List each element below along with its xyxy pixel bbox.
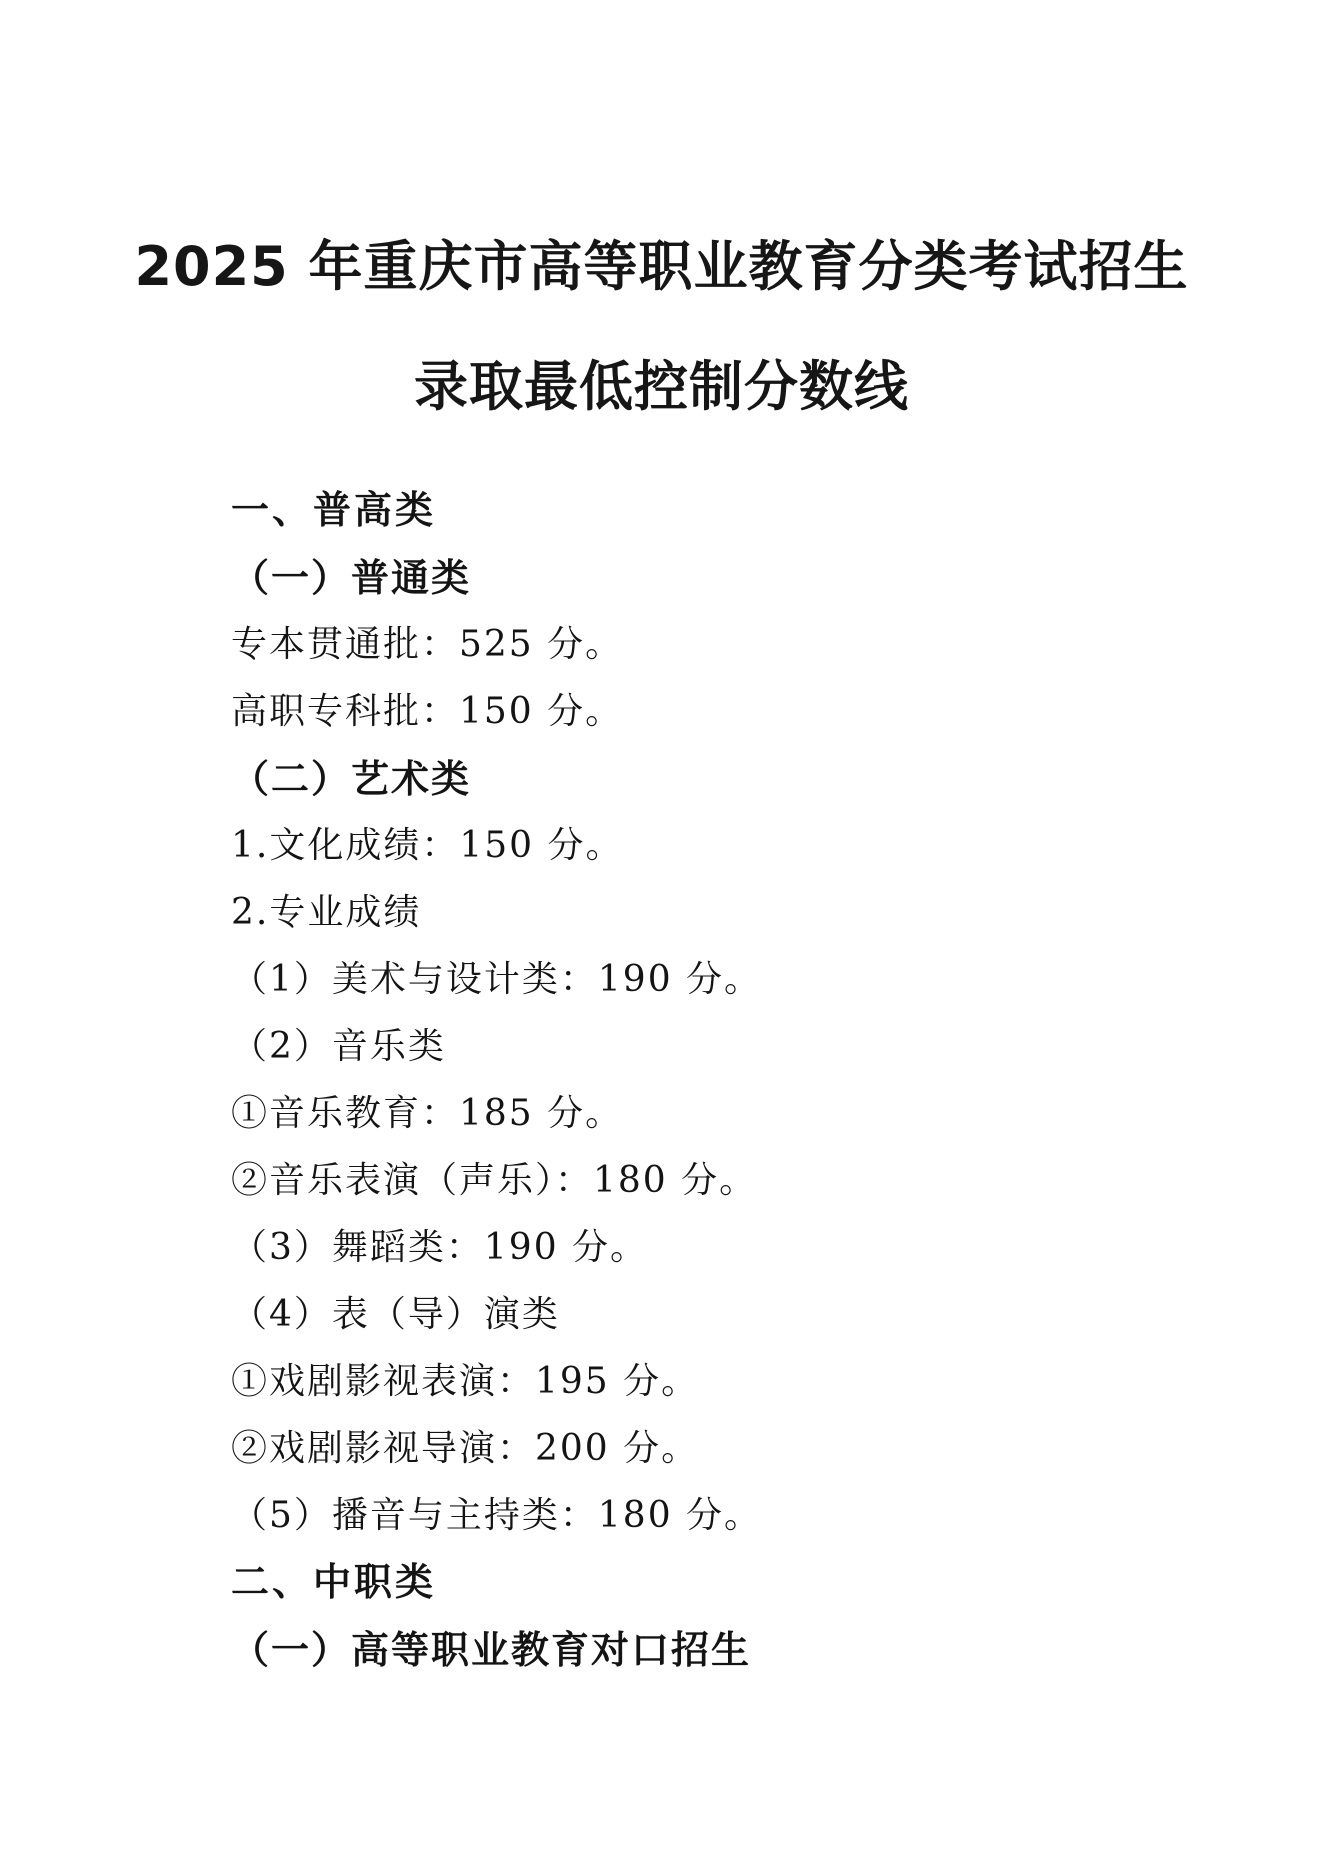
subheading-duikou-enrollment: （一）高等职业教育对口招生 [0, 1616, 1323, 1683]
document-page: 2025 年重庆市高等职业教育分类考试招生 录取最低控制分数线 一、普高类 （一… [0, 0, 1323, 1871]
line-music-education-score: ①音乐教育：185 分。 [0, 1080, 1323, 1147]
heading-section-2-zhongzhi: 二、中职类 [0, 1549, 1323, 1616]
line-dance-score: （3）舞蹈类：190 分。 [0, 1214, 1323, 1281]
line-broadcast-hosting-score: （5）播音与主持类：180 分。 [0, 1482, 1323, 1549]
line-art-design-score: （1）美术与设计类：190 分。 [0, 946, 1323, 1013]
line-music-category: （2）音乐类 [0, 1013, 1323, 1080]
page-title-line-2: 录取最低控制分数线 [0, 360, 1323, 414]
line-drama-directing-score: ②戏剧影视导演：200 分。 [0, 1415, 1323, 1482]
line-gaozhi-zhuanke-score: 高职专科批：150 分。 [0, 678, 1323, 745]
heading-section-1-pugao: 一、普高类 [0, 477, 1323, 544]
line-acting-directing-category: （4）表（导）演类 [0, 1281, 1323, 1348]
document-body: 一、普高类 （一）普通类 专本贯通批：525 分。 高职专科批：150 分。 （… [0, 477, 1323, 1683]
line-music-performance-score: ②音乐表演（声乐）：180 分。 [0, 1147, 1323, 1214]
line-drama-acting-score: ①戏剧影视表演：195 分。 [0, 1348, 1323, 1415]
subheading-art-category: （二）艺术类 [0, 745, 1323, 812]
line-zhuanben-score: 专本贯通批：525 分。 [0, 611, 1323, 678]
line-major-score: 2.专业成绩 [0, 879, 1323, 946]
subheading-putong-category: （一）普通类 [0, 544, 1323, 611]
line-culture-score: 1.文化成绩：150 分。 [0, 812, 1323, 879]
page-title-line-1: 2025 年重庆市高等职业教育分类考试招生 [0, 240, 1323, 294]
